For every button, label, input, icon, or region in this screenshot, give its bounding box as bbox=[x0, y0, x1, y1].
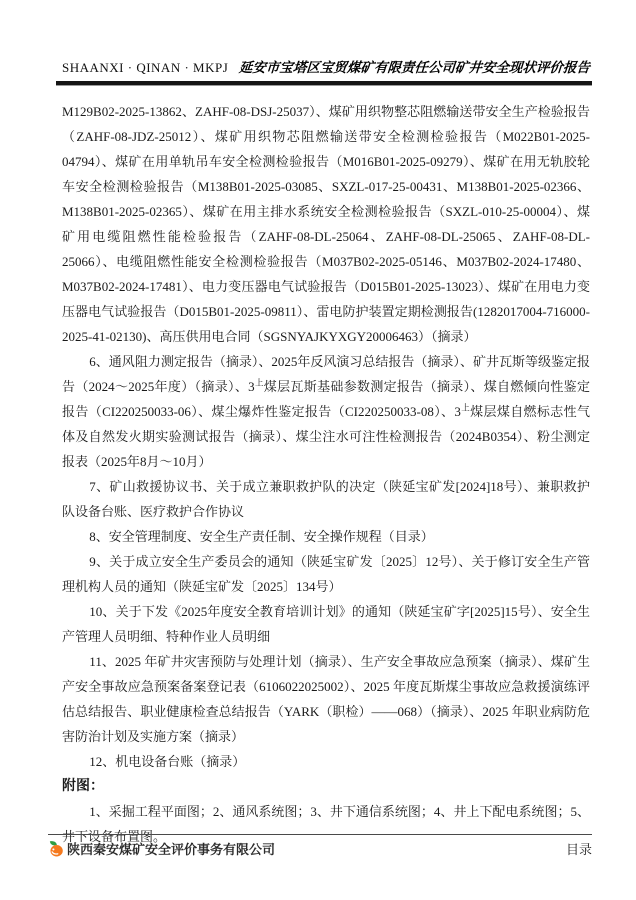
document-page: SHAANXI · QINAN · MKPJ 延安市宝塔区宝贸煤矿有限责任公司矿… bbox=[0, 0, 636, 900]
page-header: SHAANXI · QINAN · MKPJ 延安市宝塔区宝贸煤矿有限责任公司矿… bbox=[62, 56, 590, 76]
header-brand-code: SHAANXI · QINAN · MKPJ bbox=[62, 60, 228, 76]
page-footer: 陕西秦安煤矿安全评价事务有限公司 目录 bbox=[48, 834, 592, 858]
document-body: M129B02-2025-13862、ZAHF-08-DSJ-25037）、煤矿… bbox=[62, 99, 590, 849]
list-item-10: 10、关于下发《2025年度安全教育培训计划》的通知（陕延宝矿字[2025]15… bbox=[62, 599, 590, 649]
list-item-7: 7、矿山救援协议书、关于成立兼职救护队的决定（陕延宝矿发[2024]18号）、兼… bbox=[62, 474, 590, 524]
list-item-6: 6、通风阻力测定报告（摘录）、2025年反风演习总结报告（摘录）、矿井瓦斯等级鉴… bbox=[62, 349, 590, 474]
footer-company-name: 陕西秦安煤矿安全评价事务有限公司 bbox=[67, 839, 275, 858]
header-rule bbox=[56, 81, 592, 86]
superscript-seam-label: 上 bbox=[461, 403, 470, 413]
list-item-8: 8、安全管理制度、安全生产责任制、安全操作规程（目录） bbox=[62, 524, 590, 549]
list-item-12: 12、机电设备台账（摘录） bbox=[62, 749, 590, 774]
superscript-seam-label: 上 bbox=[255, 378, 264, 388]
paragraph-continuation: M129B02-2025-13862、ZAHF-08-DSJ-25037）、煤矿… bbox=[62, 99, 590, 349]
footer-page-label: 目录 bbox=[566, 839, 592, 858]
company-logo-icon bbox=[48, 840, 63, 857]
footer-company: 陕西秦安煤矿安全评价事务有限公司 bbox=[48, 839, 275, 858]
list-item-11: 11、2025 年矿井灾害预防与处理计划（摘录）、生产安全事故应急预案（摘录）、… bbox=[62, 649, 590, 749]
header-report-title: 延安市宝塔区宝贸煤矿有限责任公司矿井安全现状评价报告 bbox=[238, 56, 590, 76]
attachment-figures-heading: 附图： bbox=[62, 774, 590, 799]
list-item-9: 9、关于成立安全生产委员会的通知（陕延宝矿发〔2025〕12号）、关于修订安全生… bbox=[62, 549, 590, 599]
